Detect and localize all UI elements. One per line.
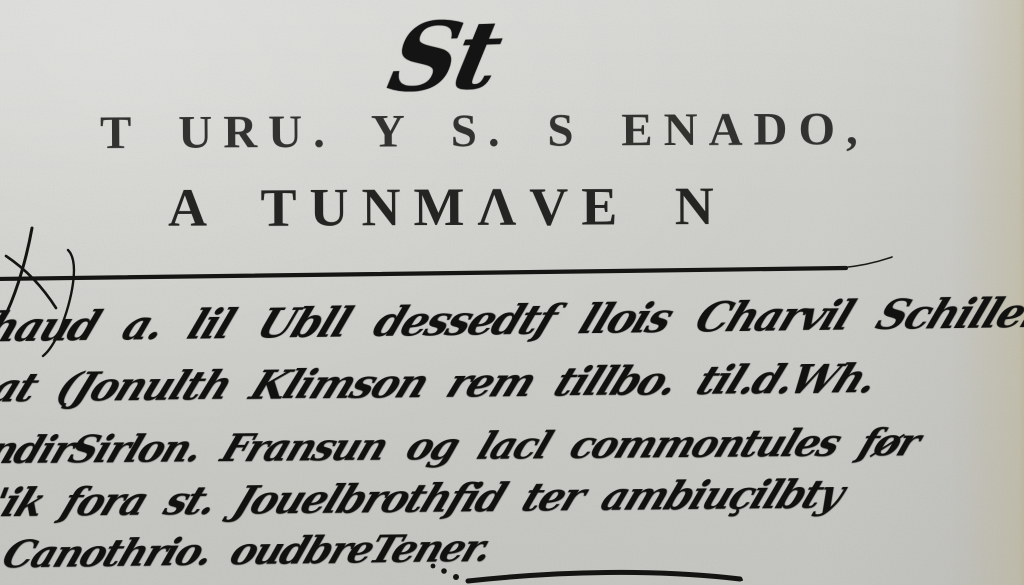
printed-headline-line1: T URU. Y S. S ENADO, — [100, 104, 869, 160]
bottom-flourish — [468, 572, 740, 581]
pen-check-stroke-left — [7, 228, 32, 312]
ink-dot — [453, 574, 459, 580]
handwriting-line-2: at (Jonulth Klimson rem tillbo. til.d.Wh… — [0, 355, 884, 411]
handwriting-line-1: haud a. lil Ubll dessedtf llois Charvil … — [0, 289, 1024, 352]
pen-check-stroke-right — [6, 256, 56, 308]
handwriting-line-5: Canothrio. oudbreTener. — [0, 525, 498, 577]
bottom-flourish-taper — [500, 572, 742, 580]
divider-rule — [0, 268, 846, 279]
script-monogram: St — [381, 6, 506, 108]
divider-rule-tail — [840, 257, 892, 268]
handwriting-line-4: 'ik fora st. Jouelbrothfid ter ambiuçilb… — [0, 472, 850, 527]
handwriting-line-3: ndirSirlon. Fransun og lacl commontules … — [0, 419, 926, 472]
printed-headline-line2: A TUNMΛVE N — [168, 177, 727, 238]
document-photo: St T URU. Y S. S ENADO, A TUNMΛVE N haud… — [0, 0, 1024, 585]
